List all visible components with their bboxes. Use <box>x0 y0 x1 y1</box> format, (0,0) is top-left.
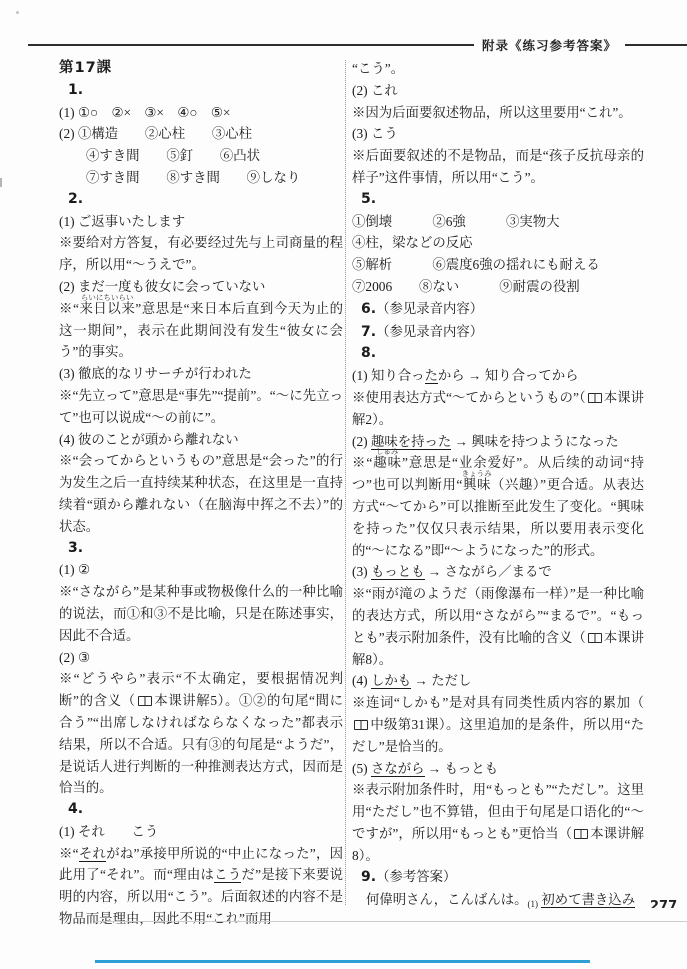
furigana: らいにちいらい <box>81 294 134 301</box>
text-segment: ⑦2006 ⑧ない ⑨耐震の役割 <box>352 279 580 294</box>
text-segment: “こう”。 <box>352 61 404 76</box>
scan-speck <box>16 11 19 14</box>
text-line: ※连词“しかも”是对具有同类性质内容的累加（中级第31课）。这里追加的是条件，所… <box>352 692 644 757</box>
text-segment: もっとも <box>371 564 425 580</box>
text-segment: ※使用表达方式“～てからというもの”（ <box>352 390 586 405</box>
page-bottom-edge <box>95 921 687 922</box>
text-segment: ④すき間 ⑤釘 ⑥凸状 <box>86 148 260 163</box>
text-line: (2) ③ <box>59 647 343 669</box>
bottom-blue-bar <box>95 960 590 963</box>
text-line: (1) 知り合ったから → 知り合ってから <box>352 365 644 387</box>
text-line: (4) しかも → ただし <box>352 670 644 692</box>
text-line: (2) ①構造 ②心柱 ③心柱 <box>59 123 343 145</box>
text-segment: ※连词“しかも”是对具有同类性质内容的累加（ <box>352 695 644 710</box>
text-segment: 何偉明さん，こんばんは。 <box>366 892 528 907</box>
text-segment: (3) <box>352 564 371 579</box>
text-line: ④柱，梁などの反応 <box>352 232 644 254</box>
text-segment: → さながら／まるで <box>425 564 552 579</box>
book-icon <box>138 696 152 706</box>
text-segment: ※“ <box>59 846 79 861</box>
text-line: ※表示附加条件时，用“もっとも”“ただし”。这里用“ただし”也不算错，但由于句尾… <box>352 779 644 866</box>
page-number: 277 <box>650 899 677 908</box>
text-segment: → ただし <box>411 673 471 688</box>
text-segment: 5. <box>361 191 376 207</box>
scan-margin-mark <box>0 178 2 187</box>
text-segment: しかも <box>371 673 411 689</box>
text-line: “こう”。 <box>352 58 644 80</box>
text-segment: それ <box>79 846 107 862</box>
text-line: ※“来日以来らいにちいらい”意思是“来日本后直到今天为止的这一期间”，表示在此期… <box>59 298 343 363</box>
text-line: 2. <box>59 189 343 211</box>
text-segment: ※要给对方答复，有必要经过先与上司商量的程序，所以用“～うえで”。 <box>59 235 343 272</box>
book-icon <box>574 829 588 839</box>
text-segment: 中级第31课）。这里追加的是条件，所以用“ただし”是恰当的。 <box>352 717 644 754</box>
text-segment: (3) 徹底的なリサーチが行われた <box>59 366 252 381</box>
text-line: 9.（参考答案） <box>352 866 644 889</box>
text-segment: ④柱，梁などの反応 <box>352 235 473 250</box>
left-column: 第17課1.(1) ①○ ②× ③× ④○ ⑤×(2) ①構造 ②心柱 ③心柱④… <box>59 58 343 930</box>
text-segment: ⑦すき間 ⑧すき間 ⑨しなり <box>86 170 300 185</box>
text-line: ※“雨が滝のようだ（雨像瀑布一样）”是一种比喻的表达方式，所以用“さながら”“ま… <box>352 583 644 670</box>
text-segment: (5) <box>352 761 371 776</box>
text-segment: から → 知り合ってから <box>438 368 579 383</box>
text-segment: 2. <box>68 191 83 207</box>
text-line: (1) ② <box>59 559 343 581</box>
text-line: ※“それがね”承接甲所说的“中止になった”，因此用了“それ”。而“理由はこうだ”… <box>59 843 343 930</box>
text-segment: (3) こう <box>352 126 398 141</box>
text-segment: （参考答案） <box>376 869 456 884</box>
text-segment: 1. <box>68 82 83 98</box>
text-line: 5. <box>352 189 644 211</box>
text-line: 4. <box>59 799 343 821</box>
book-icon <box>588 393 602 403</box>
text-segment: （参见录音内容） <box>376 324 483 339</box>
text-line: ⑤解析 ⑥震度6強の揺れにも耐える <box>352 254 644 276</box>
text-segment: (2) <box>352 434 371 449</box>
text-segment: ※“ <box>352 455 372 470</box>
header-rule-right <box>625 44 687 46</box>
text-segment: 7. <box>361 324 376 340</box>
text-segment: (4) <box>352 673 371 688</box>
text-line: 第17課 <box>59 58 343 80</box>
header-title: 附录《练习参考答案》 <box>482 36 617 54</box>
text-segment: た <box>425 368 438 384</box>
text-segment: (1) それ こう <box>59 824 158 839</box>
text-segment: 本课讲解5）。①②的句尾“間に合う”“出席しなければならなくなった”都表示结果，… <box>59 693 343 795</box>
text-segment: (1) 知り合っ <box>352 368 425 383</box>
right-column: “こう”。(2) これ※因为后面要叙述物品，所以这里要用“これ”。(3) こう※… <box>352 58 644 916</box>
text-segment: (2) ①構造 ②心柱 ③心柱 <box>59 126 252 141</box>
page-header: 附录《练习参考答案》 <box>28 38 687 52</box>
text-line: ※要给对方答复，有必要经过先与上司商量的程序，所以用“～うえで”。 <box>59 232 343 276</box>
text-segment: ※“さながら”是某种事或物极像什么的一种比喻的说法，而①和③不是比喻，只是在陈述… <box>59 584 343 643</box>
text-line: (1) ①○ ②× ③× ④○ ⑤× <box>59 102 343 124</box>
text-segment: (1) ご返事いたします <box>59 214 185 229</box>
text-segment: (1) ①○ ②× ③× ④○ ⑤× <box>59 105 230 120</box>
text-line: ※“どうやら”表示“不太确定，要根据情况判断”的含义（本课讲解5）。①②的句尾“… <box>59 668 343 799</box>
text-segment: (1) ② <box>59 562 90 577</box>
text-line: ※后面要叙述的不是物品，而是“孩子反抗母亲的样子”这件事情，所以用“こう”。 <box>352 145 644 189</box>
ruby-annotated-word: 来日以来らいにちいらい <box>79 301 135 316</box>
text-line: (3) 徹底的なリサーチが行われた <box>59 363 343 385</box>
text-segment: ※“会ってからというもの”意思是“会った”的行为发生之后一直持续某种状态，在这里… <box>59 453 343 533</box>
text-segment: (4) 彼のことが頭から離れない <box>59 432 239 447</box>
text-segment: ※因为后面要叙述物品，所以这里要用“これ”。 <box>352 105 632 120</box>
text-line: (3) もっとも → さながら／まるで <box>352 561 644 583</box>
text-line: 1. <box>59 80 343 102</box>
text-line: (2) これ <box>352 80 644 102</box>
text-segment: （参见录音内容） <box>376 301 483 316</box>
text-line: ※因为后面要叙述物品，所以这里要用“これ”。 <box>352 102 644 124</box>
ruby-annotated-word: 趣味しゅみ <box>372 455 402 470</box>
text-line: ※“趣味しゅみ”意思是“业余爱好”。从后续的动词“持つ”也可以判断用“興味きょう… <box>352 452 644 561</box>
furigana: きょうみ <box>462 470 492 477</box>
text-line: ※“会ってからというもの”意思是“会った”的行为发生之后一直持续某种状态，在这里… <box>59 450 343 537</box>
text-segment: ①倒壊 ②6強 ③実物大 <box>352 214 560 229</box>
text-line: (3) こう <box>352 123 644 145</box>
text-line: ※“先立って”意思是“事先”“提前”。“～に先立って”也可以说成“～の前に”。 <box>59 385 343 429</box>
text-segment: 4. <box>68 801 83 817</box>
text-line: (1) それ こう <box>59 821 343 843</box>
ruby-annotated-word: 興味きょうみ <box>462 477 491 492</box>
text-line: ①倒壊 ②6強 ③実物大 <box>352 211 644 233</box>
text-segment: (2) これ <box>352 83 398 98</box>
text-segment: ※“先立って”意思是“事先”“提前”。“～に先立って”也可以说成“～の前に”。 <box>59 388 343 425</box>
text-segment: 9. <box>361 869 376 885</box>
text-line: ④すき間 ⑤釘 ⑥凸状 <box>59 145 343 167</box>
text-line: 3. <box>59 538 343 560</box>
text-line: 7.（参见录音内容） <box>352 321 644 344</box>
text-segment: こう <box>214 867 241 883</box>
text-segment: ⑤解析 ⑥震度6強の揺れにも耐える <box>352 257 600 272</box>
text-segment: 第17課 <box>59 60 112 76</box>
text-segment: ※后面要叙述的不是物品，而是“孩子反抗母亲的样子”这件事情，所以用“こう”。 <box>352 148 644 185</box>
text-line: ⑦すき間 ⑧すき間 ⑨しなり <box>59 167 343 189</box>
text-segment: ※“ <box>59 301 79 316</box>
text-segment: 8. <box>361 345 376 361</box>
text-segment: → 興味を持つようになった <box>451 434 618 449</box>
text-segment: (1) <box>528 899 539 909</box>
text-line: 8. <box>352 343 644 365</box>
text-line: 6.（参见录音内容） <box>352 298 644 321</box>
text-segment: 6. <box>361 301 376 317</box>
text-line: 何偉明さん，こんばんは。(1) 初めて書き込み <box>352 889 644 916</box>
text-segment: 初めて書き込み <box>541 892 635 908</box>
header-rule-left <box>28 44 474 46</box>
text-segment: → もっとも <box>425 761 499 776</box>
text-segment: さながら <box>371 761 425 777</box>
text-line: (1) ご返事いたします <box>59 211 343 233</box>
text-segment: (2) ③ <box>59 650 90 665</box>
text-line: (4) 彼のことが頭から離れない <box>59 429 343 451</box>
scanned-book-page: 附录《练习参考答案》 第17課1.(1) ①○ ②× ③× ④○ ⑤×(2) ①… <box>0 0 687 969</box>
text-segment: 3. <box>68 540 83 556</box>
book-icon <box>354 720 368 730</box>
text-line: ※使用表达方式“～てからというもの”（本课讲解2）。 <box>352 387 644 431</box>
text-line: (5) さながら → もっとも <box>352 758 644 780</box>
text-line: ⑦2006 ⑧ない ⑨耐震の役割 <box>352 276 644 298</box>
text-segment: (2) まだ一度も彼女に会っていない <box>59 279 265 294</box>
furigana: しゅみ <box>376 448 399 455</box>
book-icon <box>588 633 602 643</box>
text-line: ※“さながら”是某种事或物极像什么的一种比喻的说法，而①和③不是比喻，只是在陈述… <box>59 581 343 646</box>
column-divider <box>345 60 346 905</box>
